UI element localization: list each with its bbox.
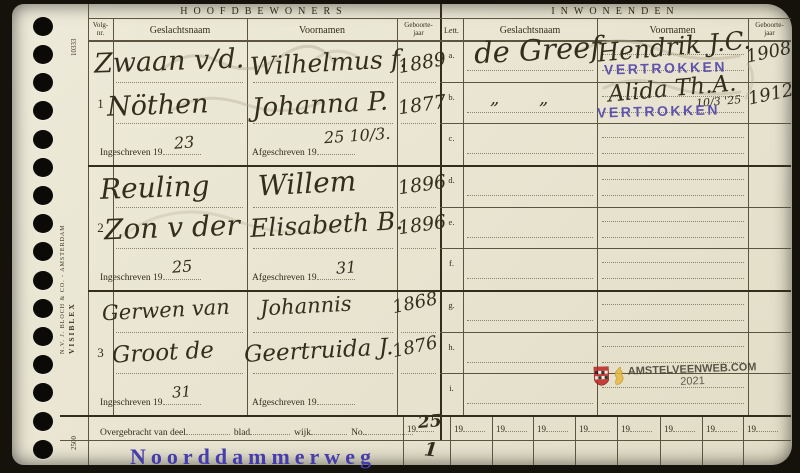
row-line: [440, 207, 791, 208]
afgeschreven-value: 31: [335, 259, 356, 276]
grid-line: [597, 18, 598, 415]
group-divider-line: [88, 165, 791, 167]
ingeschreven-value: 23: [173, 134, 194, 151]
punch-hole: [33, 440, 53, 459]
letter-label: c.: [440, 133, 463, 143]
punch-hole: [33, 214, 53, 233]
column-header-surname-left: Geslachtsnaam: [113, 25, 247, 36]
dotted-line: [116, 248, 243, 249]
birthyear-entry: 1912: [747, 81, 796, 108]
printer-name: VISIBLEX: [67, 144, 76, 354]
punch-hole: [33, 17, 53, 36]
house-number: 1: [423, 440, 438, 460]
dotted-line: [602, 179, 744, 180]
dotted-line: [602, 304, 744, 305]
vertrokken-stamp: VERTROKKEN: [597, 101, 720, 120]
dotted-line: [253, 82, 393, 83]
year-cell-prefix: 19: [496, 422, 527, 434]
dotted-line: [253, 373, 393, 374]
surname-entry: Gerwen van: [102, 297, 231, 325]
dotted-line: [116, 123, 243, 124]
street-name-stamp: Noorddammerweg: [130, 444, 370, 470]
punch-hole: [33, 355, 53, 374]
registration-card: 10333 N.V. J. BLOCH & CO. - AMSTERDAM VI…: [12, 4, 792, 465]
punch-hole: [33, 383, 53, 402]
form-number: 10333: [70, 8, 78, 56]
surname-entry: de Greef: [473, 33, 601, 69]
column-header-lett: Lett.: [440, 26, 463, 35]
transfer-row-label: Overgebracht van deel blad wijk No.: [100, 422, 413, 440]
dotted-line: [253, 248, 393, 249]
dotted-line: [602, 237, 744, 238]
grid-line: [463, 18, 464, 415]
birthyear-entry: 1868.: [391, 289, 445, 317]
dotted-line: [116, 82, 243, 83]
dotted-line: [467, 278, 593, 279]
year-cell-prefix: 19: [579, 422, 610, 434]
row-line: [440, 332, 791, 333]
firstname-entry: Geertruida J.: [244, 336, 394, 367]
column-header-firstnames-left: Voornamen: [247, 25, 397, 36]
punch-hole: [33, 186, 53, 205]
afgeschreven-value: 25 10/3.: [324, 126, 391, 147]
dotted-line: [467, 70, 593, 71]
dotted-line: [116, 332, 243, 333]
dotted-line: [401, 207, 436, 208]
firstname-entry: Johannis: [260, 294, 353, 320]
dotted-line: [467, 153, 593, 154]
punch-hole: [33, 412, 53, 431]
birthyear-entry: 1876.: [391, 333, 445, 361]
ingeschreven-value: 25: [171, 258, 192, 275]
dotted-line: [467, 403, 593, 404]
dotted-line: [602, 346, 744, 347]
dotted-line: [401, 373, 436, 374]
dotted-line: [467, 195, 593, 196]
ingeschreven-value: 31: [172, 384, 192, 400]
surname-entry: Zon v der: [104, 212, 241, 245]
punch-hole: [33, 101, 53, 120]
letter-label: i.: [440, 383, 463, 393]
punch-hole: [33, 271, 53, 290]
row-line: [440, 248, 791, 249]
row-line: [440, 123, 791, 124]
dotted-line: [116, 373, 243, 374]
ditto-marks: „ „: [490, 90, 548, 108]
punch-hole: [33, 45, 53, 64]
printer-imprint: N.V. J. BLOCH & CO. - AMSTERDAM VISIBLEX: [60, 144, 76, 354]
printer-address: N.V. J. BLOCH & CO. - AMSTERDAM: [60, 144, 66, 354]
punch-hole: [33, 327, 53, 346]
dotted-line: [116, 207, 243, 208]
dotted-line: [602, 262, 744, 263]
dotted-line: [602, 221, 744, 222]
dotted-line: [253, 332, 393, 333]
dotted-line: [401, 123, 436, 124]
punch-hole: [33, 158, 53, 177]
year-cell-prefix: 19: [664, 422, 695, 434]
grid-line: [748, 18, 749, 415]
punch-hole: [33, 130, 53, 149]
column-header-volgnr: Volg- nr.: [88, 21, 113, 37]
year-cell-prefix: 19: [454, 422, 485, 434]
surname-entry: Zwaan v/d.: [94, 45, 245, 77]
dotted-line: [602, 137, 744, 138]
dotted-line: [467, 237, 593, 238]
row-number: 3: [88, 345, 113, 361]
dotted-line: [602, 278, 744, 279]
transfer-year-value: 25: [417, 413, 442, 432]
surname-entry: Reuling: [100, 172, 210, 204]
dotted-line: [602, 195, 744, 196]
grid-line: [88, 18, 791, 19]
firstname-entry: Wilhelmus f.: [249, 46, 407, 79]
year-cell-prefix: 19: [621, 422, 652, 434]
year-cell-prefix: 19: [747, 422, 778, 434]
dotted-line: [467, 112, 593, 113]
section-title-hoofdbewoners: HOOFDBEWONERS: [88, 6, 440, 17]
surname-entry: Groot de: [111, 339, 214, 367]
photo-background: 10333 N.V. J. BLOCH & CO. - AMSTERDAM VI…: [0, 0, 800, 473]
column-header-birthyear-left: Geboorte- jaar: [397, 21, 440, 37]
column-header-birthyear-right: Geboorte- jaar: [748, 21, 791, 37]
dotted-line: [401, 82, 436, 83]
afgeschreven-label: Afgeschreven 19: [252, 145, 355, 158]
birthyear-entry: 1908: [745, 39, 794, 66]
dotted-line: [467, 362, 593, 363]
punch-hole: [33, 73, 53, 92]
punch-hole: [33, 242, 53, 261]
dotted-line: [401, 248, 436, 249]
amstelveen-shield-icon: [594, 366, 610, 386]
firstname-entry: Johanna P.: [251, 88, 388, 121]
afgeschreven-label: Afgeschreven 19: [252, 395, 355, 408]
firstname-entry: Elisabeth B.: [249, 208, 403, 241]
firstname-entry: Willem: [257, 167, 357, 200]
dotted-line: [602, 403, 744, 404]
surname-entry: Nöthen: [107, 90, 209, 121]
dotted-line: [602, 153, 744, 154]
year-cell-prefix: 19: [537, 422, 568, 434]
dotted-line: [602, 320, 744, 321]
dotted-line: [467, 320, 593, 321]
punch-hole: [33, 299, 53, 318]
lion-icon: [612, 366, 626, 386]
section-title-inwonenden: INWONENDEN: [440, 6, 791, 17]
year-cell-prefix: 19: [706, 422, 737, 434]
dotted-line: [253, 123, 393, 124]
letter-label: f.: [440, 258, 463, 268]
